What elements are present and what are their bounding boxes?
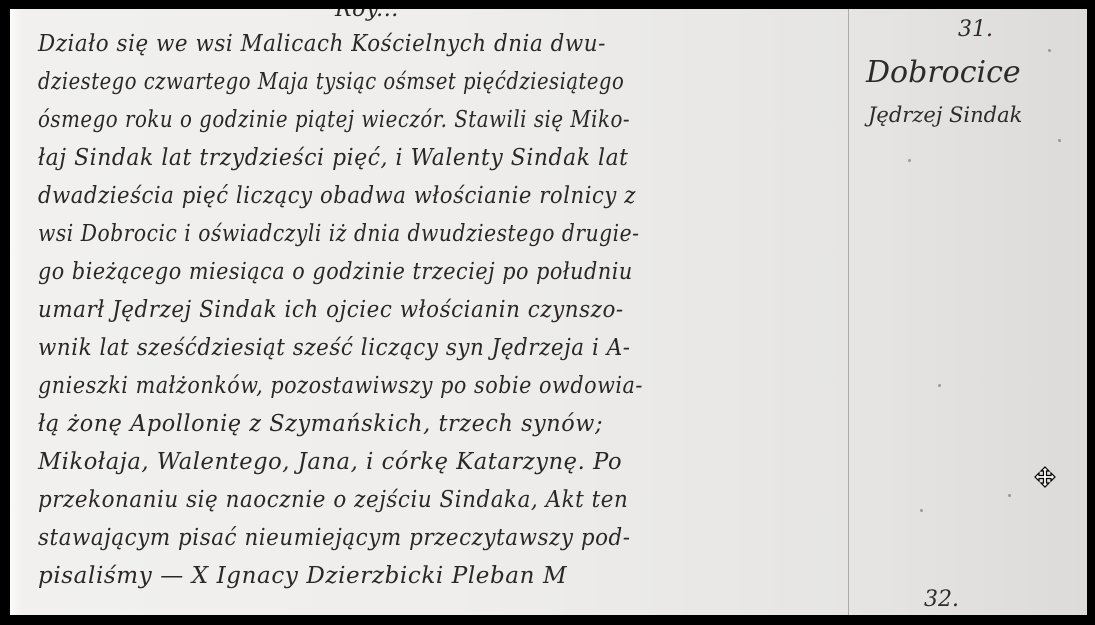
next-entry-number: 32.: [924, 587, 959, 612]
header-fragment: Roy...: [335, 9, 399, 22]
text-line-7: go bieżącego miesiąca o godzinie trzecie…: [38, 259, 633, 285]
text-line-1: Działo się we wsi Malicach Kościelnych d…: [38, 31, 606, 57]
paper-speck: [1048, 49, 1051, 52]
text-line-10: gnieszki małżonków, pozostawiwszy po sob…: [38, 373, 643, 399]
paper-speck: [1008, 494, 1011, 497]
text-line-4: łaj Sindak lat trzydzieści pięć, i Walen…: [38, 145, 629, 171]
paper-speck: [908, 159, 911, 162]
text-line-15-signature: pisaliśmy — X Ignacy Dzierzbicki Pleban …: [38, 563, 567, 589]
paper-speck: [920, 509, 923, 512]
move-cursor-icon: [1034, 466, 1056, 488]
text-line-13: przekonaniu się naocznie o zejściu Sinda…: [38, 487, 628, 513]
margin-column: 31. Dobrocice Jędrzej Sindak 32.: [858, 9, 1087, 615]
text-line-11: łą żonę Apollonię z Szymańskich, trzech …: [38, 411, 603, 437]
text-line-12: Mikołaja, Walentego, Jana, i córkę Katar…: [38, 449, 622, 475]
text-line-8: umarł Jędrzej Sindak ich ojciec włościan…: [38, 297, 624, 323]
document-viewer[interactable]: Roy... Działo się we wsi Malicach Koście…: [10, 9, 1087, 615]
entry-number: 31.: [958, 17, 993, 42]
text-line-14: stawającym pisać nieumiejącym przeczytaw…: [38, 525, 631, 551]
margin-village: Dobrocice: [866, 55, 1021, 90]
text-line-6: wsi Dobrocic i oświadczyli iż dnia dwudz…: [38, 221, 639, 247]
text-line-9: wnik lat sześćdziesiąt sześć liczący syn…: [38, 335, 631, 361]
paper-speck: [938, 384, 941, 387]
text-line-2: dziestego czwartego Maja tysiąc ośmset p…: [38, 69, 624, 95]
page-edge-shade: [10, 9, 24, 615]
margin-deceased-name: Jędrzej Sindak: [868, 103, 1022, 127]
paper-speck: [1058, 139, 1061, 142]
text-line-3: ósmego roku o godzinie piątej wieczór. S…: [38, 107, 630, 133]
margin-rule-line: [848, 9, 849, 615]
text-line-5: dwadzieścia pięć liczący obadwa włościan…: [38, 183, 636, 209]
